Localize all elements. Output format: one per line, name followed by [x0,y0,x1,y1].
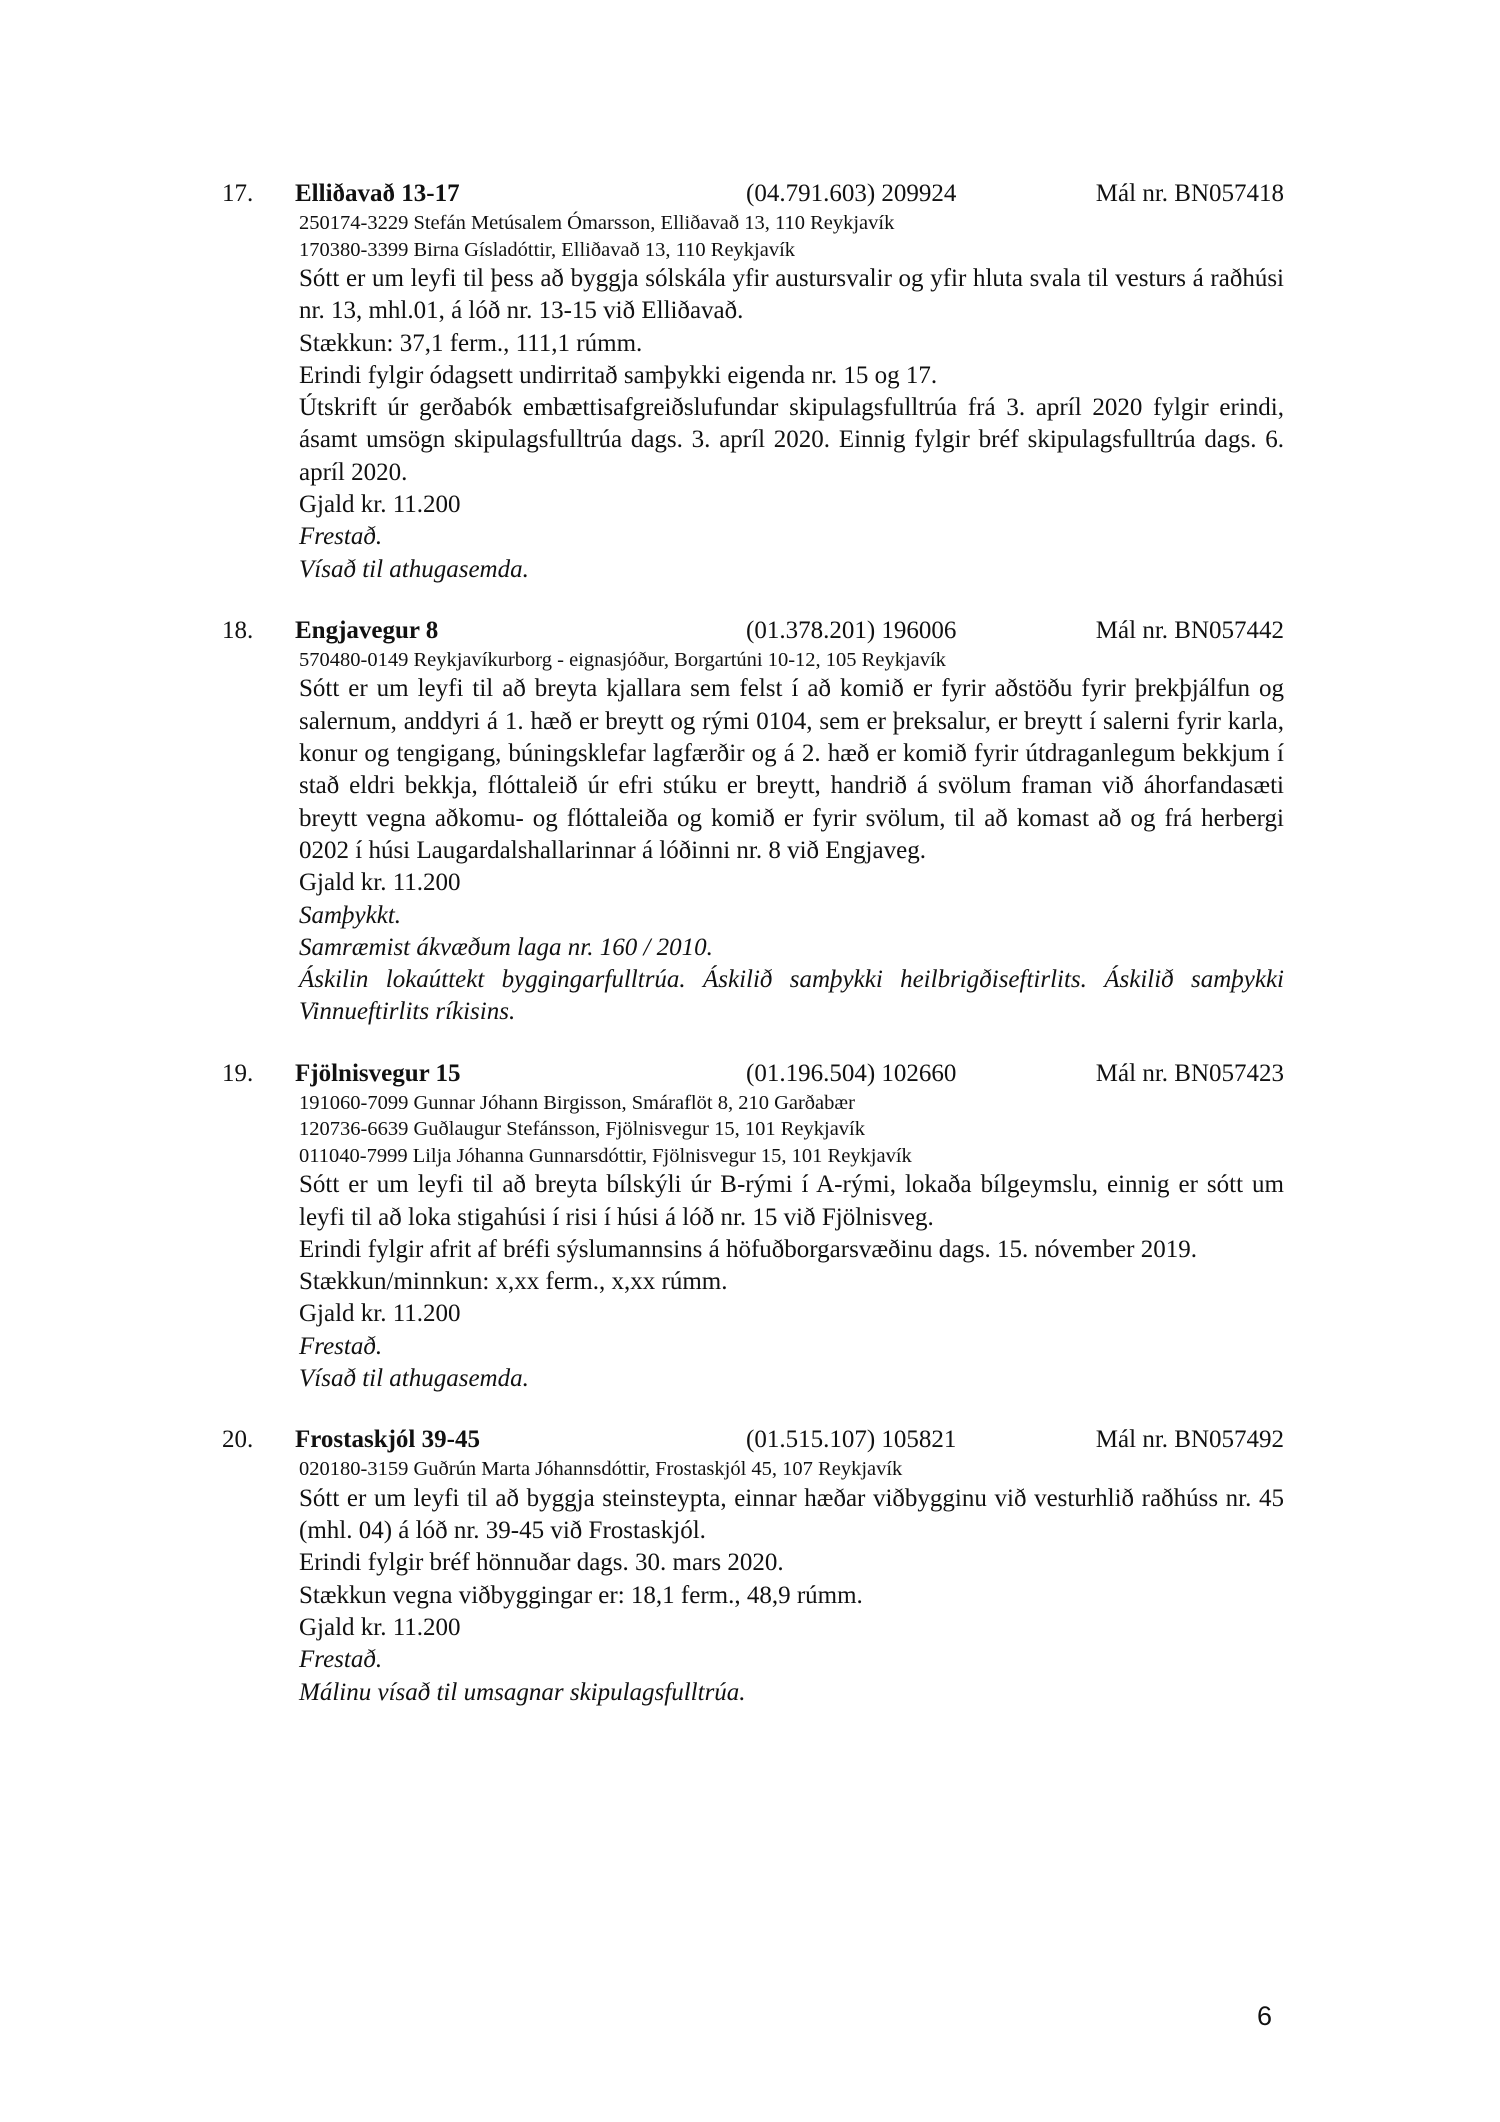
case-description: Sótt er um leyfi til þess að byggja sóls… [299,263,1284,328]
case-number: 20. [222,1424,253,1456]
case-decision-note: Málinu vísað til umsagnar skipulagsfullt… [299,1677,1284,1709]
owner-line: 011040-7999 Lilja Jóhanna Gunnarsdóttir,… [299,1143,1284,1170]
page-number: 6 [1257,2001,1272,2032]
case-description: Sótt er um leyfi til að byggja steinstey… [299,1483,1284,1548]
case-number: 17. [222,178,253,210]
case-reference: Mál nr. BN057492 [1096,1424,1284,1456]
case-header: 17. Elliðavað 13-17 (04.791.603) 209924 … [222,178,1284,210]
case-decision: Frestað. [299,521,1284,553]
case-address: Frostaskjól 39-45 [295,1424,480,1456]
case-parcel-id: (01.515.107) 105821 [746,1424,956,1456]
case-attachment: Erindi fylgir ódagsett undirritað samþyk… [299,360,1284,392]
owner-line: 570480-0149 Reykjavíkurborg - eignasjóðu… [299,647,1284,674]
case-fee: Gjald kr. 11.200 [299,1298,1284,1330]
case-size: Stækkun vegna viðbyggingar er: 18,1 ferm… [299,1580,1284,1612]
case-number: 18. [222,615,253,647]
case-body: 250174-3229 Stefán Metúsalem Ómarsson, E… [299,210,1284,586]
case-parcel-id: (01.196.504) 102660 [746,1058,956,1090]
case-list: 17. Elliðavað 13-17 (04.791.603) 209924 … [222,178,1284,1738]
case-number: 19. [222,1058,253,1090]
case-attachment: Erindi fylgir afrit af bréfi sýslumannsi… [299,1234,1284,1266]
case-decision-note: Áskilin lokaúttekt byggingarfulltrúa. Ás… [299,964,1284,1029]
case-fee: Gjald kr. 11.200 [299,489,1284,521]
document-page: 17. Elliðavað 13-17 (04.791.603) 209924 … [0,0,1500,2122]
case-parcel-id: (01.378.201) 196006 [746,615,956,647]
case-size: Stækkun/minnkun: x,xx ferm., x,xx rúmm. [299,1266,1284,1298]
case-body: 020180-3159 Guðrún Marta Jóhannsdóttir, … [299,1456,1284,1709]
case-item: 18. Engjavegur 8 (01.378.201) 196006 Mál… [222,615,1284,1029]
case-decision-note: Samræmist ákvæðum laga nr. 160 / 2010. [299,932,1284,964]
case-header: 19. Fjölnisvegur 15 (01.196.504) 102660 … [222,1058,1284,1090]
case-address: Elliðavað 13-17 [295,178,460,210]
case-description: Sótt er um leyfi til að breyta kjallara … [299,673,1284,867]
case-parcel-id: (04.791.603) 209924 [746,178,956,210]
case-description: Sótt er um leyfi til að breyta bílskýli … [299,1169,1284,1234]
case-body: 191060-7099 Gunnar Jóhann Birgisson, Smá… [299,1090,1284,1396]
owner-line: 120736-6639 Guðlaugur Stefánsson, Fjölni… [299,1116,1284,1143]
case-decision: Frestað. [299,1644,1284,1676]
case-attachment: Útskrift úr gerðabók embættisafgreiðsluf… [299,392,1284,489]
owner-line: 170380-3399 Birna Gísladóttir, Elliðavað… [299,237,1284,264]
case-header: 18. Engjavegur 8 (01.378.201) 196006 Mál… [222,615,1284,647]
case-fee: Gjald kr. 11.200 [299,1612,1284,1644]
case-reference: Mál nr. BN057418 [1096,178,1284,210]
case-address: Engjavegur 8 [295,615,438,647]
case-decision: Frestað. [299,1331,1284,1363]
case-attachment: Erindi fylgir bréf hönnuðar dags. 30. ma… [299,1547,1284,1579]
case-header: 20. Frostaskjól 39-45 (01.515.107) 10582… [222,1424,1284,1456]
case-item: 19. Fjölnisvegur 15 (01.196.504) 102660 … [222,1058,1284,1396]
case-decision-note: Vísað til athugasemda. [299,1363,1284,1395]
case-reference: Mál nr. BN057423 [1096,1058,1284,1090]
owner-line: 191060-7099 Gunnar Jóhann Birgisson, Smá… [299,1090,1284,1117]
case-decision-note: Vísað til athugasemda. [299,554,1284,586]
case-body: 570480-0149 Reykjavíkurborg - eignasjóðu… [299,647,1284,1029]
case-item: 17. Elliðavað 13-17 (04.791.603) 209924 … [222,178,1284,586]
case-fee: Gjald kr. 11.200 [299,867,1284,899]
case-address: Fjölnisvegur 15 [295,1058,461,1090]
case-decision: Samþykkt. [299,900,1284,932]
owner-line: 250174-3229 Stefán Metúsalem Ómarsson, E… [299,210,1284,237]
case-item: 20. Frostaskjól 39-45 (01.515.107) 10582… [222,1424,1284,1709]
owner-line: 020180-3159 Guðrún Marta Jóhannsdóttir, … [299,1456,1284,1483]
case-size: Stækkun: 37,1 ferm., 111,1 rúmm. [299,328,1284,360]
case-reference: Mál nr. BN057442 [1096,615,1284,647]
